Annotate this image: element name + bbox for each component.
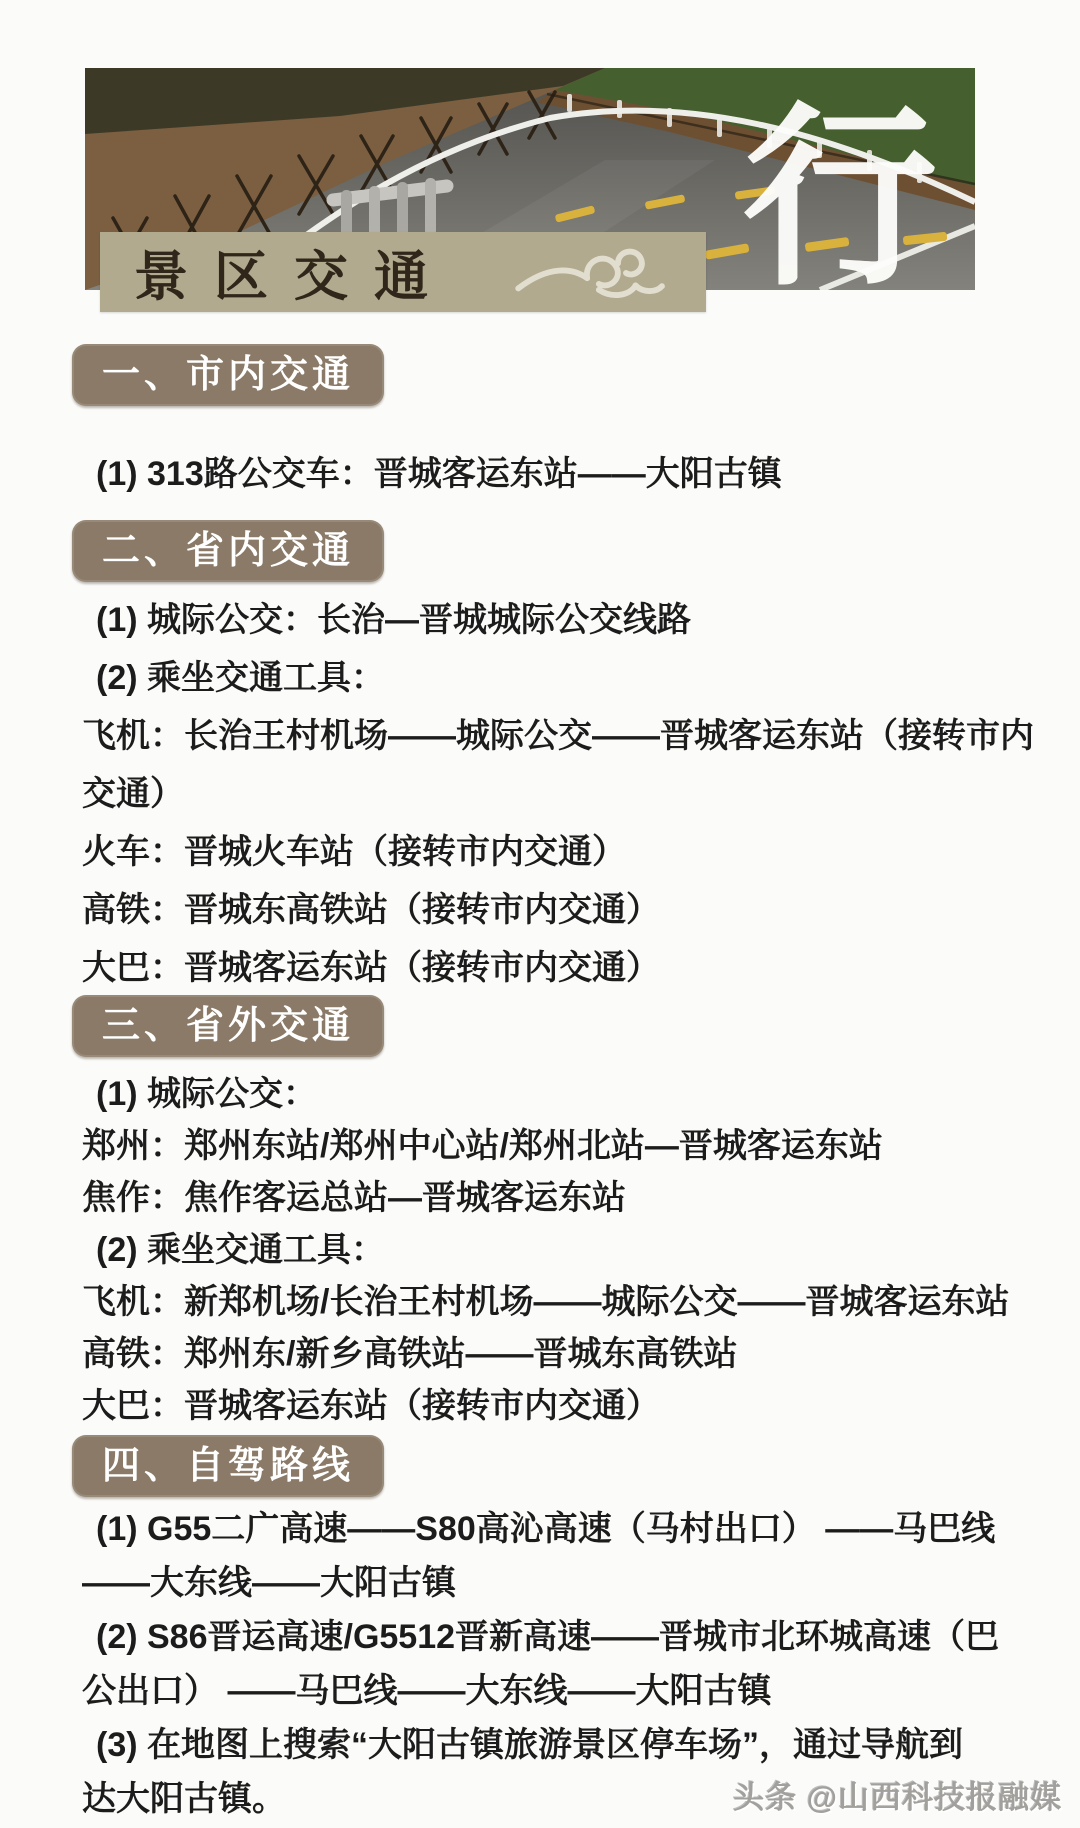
content-line: (1) 城际公交： — [82, 1072, 1050, 1116]
section-title: 二、省内交通 — [102, 530, 354, 572]
section-title: 三、省外交通 — [102, 1005, 354, 1047]
cloud-icon — [488, 240, 698, 306]
section-self-driving-routes: 四、自驾路线 (1) G55二广高速——S80高沁高速（马村出口） ——马巴线—… — [82, 1435, 1050, 1828]
section-chip: 一、市内交通 — [72, 344, 384, 406]
section-chip: 二、省内交通 — [72, 520, 384, 582]
section-content: (1) 313路公交车：晋城客运东站——大阳古镇 — [82, 452, 1050, 496]
content-line: (3) 在地图上搜索“大阳古镇旅游景区停车场”，通过导航到 — [82, 1723, 1050, 1767]
content-line: 公出口） ——马巴线——大东线——大阳古镇 — [82, 1669, 1050, 1713]
content-line: 郑州：郑州东站/郑州中心站/郑州北站—晋城客运东站 — [82, 1124, 1050, 1168]
content-line: 高铁：郑州东/新乡高铁站——晋城东高铁站 — [82, 1332, 1050, 1376]
content-line: 火车：晋城火车站（接转市内交通） — [82, 830, 1050, 874]
content-line: (1) 城际公交：长治—晋城城际公交线路 — [82, 598, 1050, 642]
content-line: (2) 乘坐交通工具： — [82, 1228, 1050, 1272]
content-line: ——大东线——大阳古镇 — [82, 1561, 1050, 1605]
content-line: (1) 313路公交车：晋城客运东站——大阳古镇 — [82, 452, 1050, 496]
poster: 行 景区交通 一、市内交通 (1) 313路公交车：晋城客运东站——大阳古镇 二… — [0, 0, 1080, 1828]
section-title: 四、自驾路线 — [102, 1445, 354, 1487]
section-title: 一、市内交通 — [102, 354, 354, 396]
content-line: 高铁：晋城东高铁站（接转市内交通） — [82, 888, 1050, 932]
content-line: (2) 乘坐交通工具： — [82, 656, 1050, 700]
section-chip: 三、省外交通 — [72, 995, 384, 1057]
content-line: (1) G55二广高速——S80高沁高速（马村出口） ——马巴线 — [82, 1507, 1050, 1551]
content-line: 大巴：晋城客运东站（接转市内交通） — [82, 1384, 1050, 1428]
content-line: 焦作：焦作客运总站—晋城客运东站 — [82, 1176, 1050, 1220]
section-content: (1) 城际公交：长治—晋城城际公交线路(2) 乘坐交通工具：飞机：长治王村机场… — [82, 598, 1050, 990]
content-line: 飞机：长治王村机场——城际公交——晋城客运东站（接转市内 — [82, 714, 1050, 758]
watermark: 头条 @山西科技报融媒 — [733, 1772, 1062, 1817]
section-city-transport: 一、市内交通 (1) 313路公交车：晋城客运东站——大阳古镇 — [82, 344, 1050, 510]
section-province-transport: 二、省内交通 (1) 城际公交：长治—晋城城际公交线路(2) 乘坐交通工具：飞机… — [82, 520, 1050, 1004]
content-line: 飞机：新郑机场/长治王村机场——城际公交——晋城客运东站 — [82, 1280, 1050, 1324]
page-title: 景区交通 — [100, 234, 454, 311]
travel-character: 行 — [743, 83, 938, 290]
title-banner: 景区交通 — [100, 232, 706, 312]
section-content: (1) 城际公交：郑州：郑州东站/郑州中心站/郑州北站—晋城客运东站焦作：焦作客… — [82, 1072, 1050, 1428]
content-line: 大巴：晋城客运东站（接转市内交通） — [82, 946, 1050, 990]
section-outside-province-transport: 三、省外交通 (1) 城际公交：郑州：郑州东站/郑州中心站/郑州北站—晋城客运东… — [82, 995, 1050, 1436]
section-chip: 四、自驾路线 — [72, 1435, 384, 1497]
content-line: 交通） — [82, 772, 1050, 816]
content-line: (2) S86晋运高速/G5512晋新高速——晋城市北环城高速（巴 — [82, 1615, 1050, 1659]
